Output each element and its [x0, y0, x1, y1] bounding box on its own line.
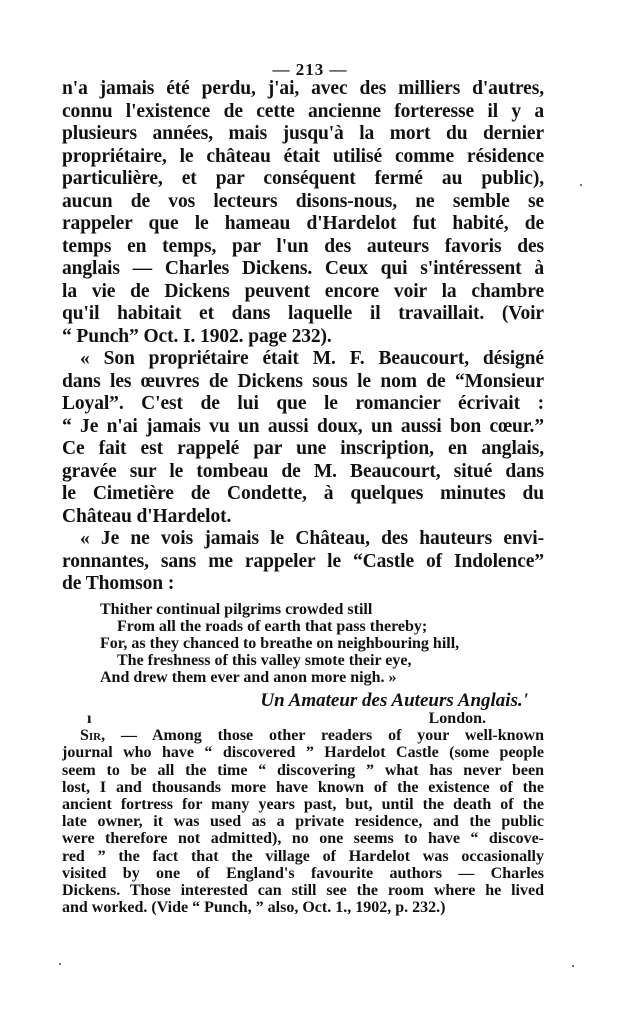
letter-line: seem to be all the time “ discovering ” … [62, 762, 544, 779]
signature: Un Amateur des Auteurs Anglais.' [0, 690, 528, 712]
text-line: la vie de Dickens peuvent encore voir la… [62, 281, 544, 304]
text-line: “ Punch” Oct. I. 1902. page 232). [62, 326, 544, 349]
scan-speck [580, 184, 582, 186]
text-line: particulière, et par conséquent fermé au… [62, 168, 544, 191]
english-letter: ı London. Sir, — Among those other reade… [62, 710, 544, 916]
page-number: — 213 — [0, 60, 620, 80]
text-line: gravée sur le tombeau de M. Beaucourt, s… [62, 461, 544, 484]
text-line: connu l'existence de cette ancienne fort… [62, 101, 544, 124]
letter-header: ı London. [62, 710, 544, 727]
text-line: propriétaire, le château était utilisé c… [62, 146, 544, 169]
text-line: anglais — Charles Dickens. Ceux qui s'in… [62, 258, 544, 281]
text-line: qu'il habitait et dans laquelle il trava… [62, 303, 544, 326]
letter-line: ancient fortress for many years past, bu… [62, 796, 544, 813]
poem-line: For, as they chanced to breathe on neigh… [100, 635, 459, 652]
poem-line: And drew them ever and anon more nigh. » [100, 669, 459, 686]
text-line: Loyal”. C'est de lui que le romancier éc… [62, 393, 544, 416]
text-line: rappeler que le hameau d'Hardelot fut ha… [62, 213, 544, 236]
text-line: « Son propriétaire était M. F. Beaucourt… [62, 348, 544, 371]
text-line: n'a jamais été perdu, j'ai, avec des mil… [62, 78, 544, 101]
poem-line: The freshness of this valley smote their… [100, 652, 459, 669]
main-french-text: n'a jamais été perdu, j'ai, avec des mil… [62, 78, 544, 596]
text-line: « Je ne vois jamais le Château, des haut… [62, 528, 544, 551]
text-line: ronnantes, sans me rappeler le “Castle o… [62, 551, 544, 574]
letter-line: lost, I and thousands more have known of… [62, 779, 544, 796]
footnote-marker: ı [87, 710, 91, 727]
text-line: plusieurs années, mais jusqu'à la mort d… [62, 123, 544, 146]
letter-line: journal who have “ discovered ” Hardelot… [62, 744, 544, 761]
text-line: Ce fait est rappelé par une inscription,… [62, 438, 544, 461]
letter-place: London. [429, 710, 486, 727]
salutation: Sir, [80, 727, 105, 744]
letter-line: Sir, — Among those other readers of your… [62, 727, 544, 744]
text-line: le Cimetière de Condette, à quelques min… [62, 483, 544, 506]
letter-line: late owner, it was used as a private res… [62, 813, 544, 830]
scan-speck [572, 965, 574, 967]
letter-line: were therefore not admitted), no one see… [62, 830, 544, 847]
text-line: temps en temps, par l'un des auteurs fav… [62, 236, 544, 259]
text-line: dans les œuvres de Dickens sous le nom d… [62, 371, 544, 394]
poem-line: Thither continual pilgrims crowded still [100, 601, 459, 618]
letter-line: Dickens. Those interested can still see … [62, 882, 544, 899]
letter-line: red ” the fact that the village of Harde… [62, 848, 544, 865]
text-line: aucun de vos lecteurs disons-nous, ne se… [62, 191, 544, 214]
text-line: “ Je n'ai jamais vu un aussi doux, un au… [62, 416, 544, 439]
letter-line: visited by one of England's favourite au… [62, 865, 544, 882]
text-line: Château d'Hardelot. [62, 506, 544, 529]
poem-line: From all the roads of earth that pass th… [100, 618, 459, 635]
poem-quotation: Thither continual pilgrims crowded still… [100, 601, 459, 686]
scan-speck [59, 963, 61, 965]
text-line: de Thomson : [62, 573, 544, 596]
letter-line: and worked. (Vide “ Punch, ” also, Oct. … [62, 899, 544, 916]
